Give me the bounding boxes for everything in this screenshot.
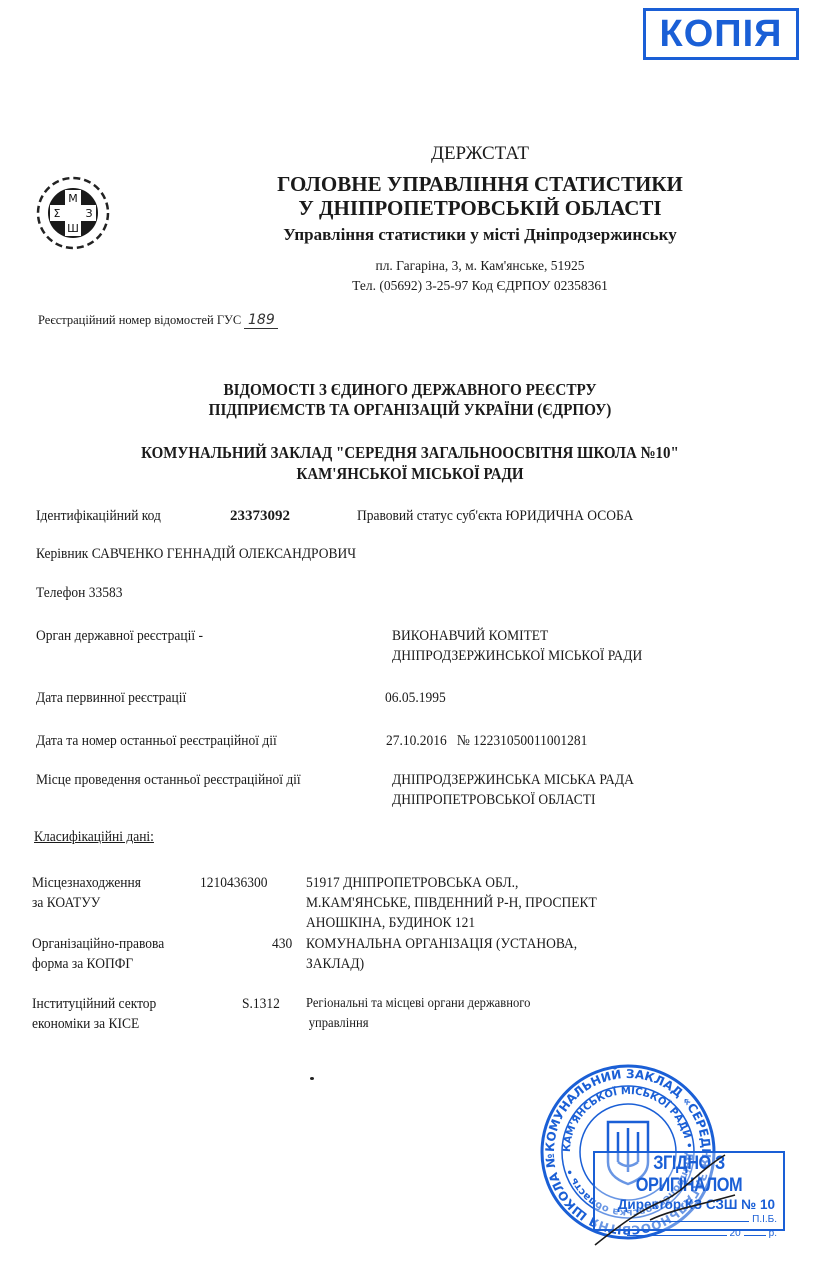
id-code-label: Ідентифікаційний код	[36, 506, 161, 526]
label-line: Місцезнаходження	[32, 873, 185, 893]
head-field: Керівник САВЧЕНКО ГЕННАДІЙ ОЛЕКСАНДРОВИЧ	[36, 544, 356, 564]
last-action-number: № 12231050011001281	[457, 733, 588, 749]
document-title: ВІДОМОСТІ З ЄДИНОГО ДЕРЖАВНОГО РЕЄСТРУ П…	[88, 380, 732, 420]
classification-heading: Класифікаційні дані:	[34, 829, 154, 846]
classification-kise-value: Регіональні та місцеві органи державного…	[306, 994, 684, 1034]
phone-label: Телефон	[36, 585, 85, 601]
copy-stamp: КОПІЯ	[643, 8, 799, 60]
main-title: ГОЛОВНЕ УПРАВЛІННЯ СТАТИСТИКИ У ДНІПРОПЕ…	[220, 172, 740, 220]
contacts-line: Тел. (05692) 3-25-97 Код ЄДРПОУ 02358361	[220, 276, 740, 296]
label-line: Інституційний сектор	[32, 994, 185, 1014]
agency-name: ДЕРЖСТАТ	[220, 143, 740, 165]
reg-body-value-line2: ДНІПРОДЗЕРЖИНСЬКОЇ МІСЬКОЇ РАДИ	[392, 646, 642, 666]
last-action-place-label: Місце проведення останньої реєстраційної…	[36, 770, 301, 790]
reg-body-value-line1: ВИКОНАВЧИЙ КОМІТЕТ	[392, 626, 642, 646]
svg-text:Ш: Ш	[67, 222, 79, 235]
last-action-place-line1: ДНІПРОДЗЕРЖИНСЬКА МІСЬКА РАДА	[392, 770, 634, 790]
registration-number-value: 189	[244, 312, 278, 329]
reg-body-value: ВИКОНАВЧИЙ КОМІТЕТ ДНІПРОДЗЕРЖИНСЬКОЇ МІ…	[392, 626, 642, 666]
classification-koatuu-code: 1210436300	[200, 873, 268, 893]
label-line: Організаційно-правова	[32, 934, 185, 954]
classification-kopfg-value: КОМУНАЛЬНА ОРГАНІЗАЦІЯ (УСТАНОВА, ЗАКЛАД…	[306, 934, 684, 974]
id-code-value: 23373092	[230, 506, 290, 526]
classification-kise-code: S.1312	[242, 994, 280, 1014]
last-action-place-value: ДНІПРОДЗЕРЖИНСЬКА МІСЬКА РАДА ДНІПРОПЕТР…	[392, 770, 634, 810]
last-action-label: Дата та номер останньої реєстраційної ді…	[36, 731, 277, 751]
ink-speck	[310, 1077, 314, 1080]
legal-status-label: Правовий статус суб'єкта	[357, 508, 502, 524]
classification-kopfg-label: Організаційно-правова форма за КОПФГ	[32, 934, 185, 974]
last-action-date: 27.10.2016	[386, 733, 447, 749]
classification-koatuu-value: 51917 ДНІПРОПЕТРОВСЬКА ОБЛ., М.КАМ'ЯНСЬК…	[306, 873, 684, 933]
svg-text:Σ: Σ	[54, 207, 61, 220]
reg-body-label: Орган державної реєстрації -	[36, 626, 203, 646]
value-line: КОМУНАЛЬНА ОРГАНІЗАЦІЯ (УСТАНОВА,	[306, 934, 684, 954]
first-reg-label: Дата первинної реєстрації	[36, 688, 186, 708]
main-title-line2: У ДНІПРОПЕТРОВСЬКІЙ ОБЛАСТІ	[220, 196, 740, 220]
organization-name-line1: КОМУНАЛЬНИЙ ЗАКЛАД "СЕРЕДНЯ ЗАГАЛЬНООСВІ…	[84, 442, 735, 463]
classification-kise-label: Інституційний сектор економіки за КІСЕ	[32, 994, 185, 1034]
head-label: Керівник	[36, 546, 88, 562]
sub-title: Управління статистики у місті Дніпродзер…	[220, 225, 740, 245]
value-line: управління	[306, 1014, 684, 1034]
label-line: форма за КОПФГ	[32, 954, 185, 974]
document-title-line2: ПІДПРИЄМСТВ ТА ОРГАНІЗАЦІЙ УКРАЇНИ (ЄДРП…	[88, 400, 732, 420]
value-line: 51917 ДНІПРОПЕТРОВСЬКА ОБЛ.,	[306, 873, 684, 893]
first-reg-value: 06.05.1995	[385, 688, 446, 708]
phone-field: Телефон 33583	[36, 583, 122, 603]
svg-text:З: З	[85, 207, 92, 220]
classification-kopfg-code: 430	[272, 934, 292, 954]
value-line: М.КАМ'ЯНСЬКЕ, ПІВДЕННИЙ Р-Н, ПРОСПЕКТ	[306, 893, 684, 913]
signature-icon	[590, 1140, 790, 1250]
registration-number: Реєстраційний номер відомостей ГУС 189	[38, 312, 278, 329]
legal-status: Правовий статус суб'єкта ЮРИДИЧНА ОСОБА	[357, 506, 633, 526]
legal-status-value: ЮРИДИЧНА ОСОБА	[506, 508, 634, 524]
last-action-place-line2: ДНІПРОПЕТРОВСЬКОЇ ОБЛАСТІ	[392, 790, 634, 810]
classification-koatuu-label: Місцезнаходження за КОАТУУ	[32, 873, 185, 913]
label-line: економіки за КІСЕ	[32, 1014, 185, 1034]
value-line: Регіональні та місцеві органи державного	[306, 994, 684, 1014]
phone-value: 33583	[89, 585, 123, 601]
organization-name-line2: КАМ'ЯНСЬКОЇ МІСЬКОЇ РАДИ	[84, 463, 735, 484]
last-action-value: 27.10.2016 № 12231050011001281	[386, 731, 587, 751]
address-line: пл. Гагаріна, 3, м. Кам'янське, 51925	[220, 256, 740, 276]
head-value: САВЧЕНКО ГЕННАДІЙ ОЛЕКСАНДРОВИЧ	[92, 546, 356, 562]
copy-stamp-label: КОПІЯ	[660, 13, 783, 56]
main-title-line1: ГОЛОВНЕ УПРАВЛІННЯ СТАТИСТИКИ	[220, 172, 740, 196]
svg-text:М: М	[68, 192, 78, 205]
value-line: ЗАКЛАД)	[306, 954, 684, 974]
value-line: АНОШКІНА, БУДИНОК 121	[306, 913, 684, 933]
label-line: за КОАТУУ	[32, 893, 185, 913]
organization-name: КОМУНАЛЬНИЙ ЗАКЛАД "СЕРЕДНЯ ЗАГАЛЬНООСВІ…	[84, 442, 735, 484]
registration-number-label: Реєстраційний номер відомостей ГУС	[38, 313, 241, 327]
document-title-line1: ВІДОМОСТІ З ЄДИНОГО ДЕРЖАВНОГО РЕЄСТРУ	[88, 380, 732, 400]
derzhstat-logo-icon: М Σ З Ш	[35, 175, 111, 251]
header-address: пл. Гагаріна, 3, м. Кам'янське, 51925 Те…	[220, 256, 740, 296]
